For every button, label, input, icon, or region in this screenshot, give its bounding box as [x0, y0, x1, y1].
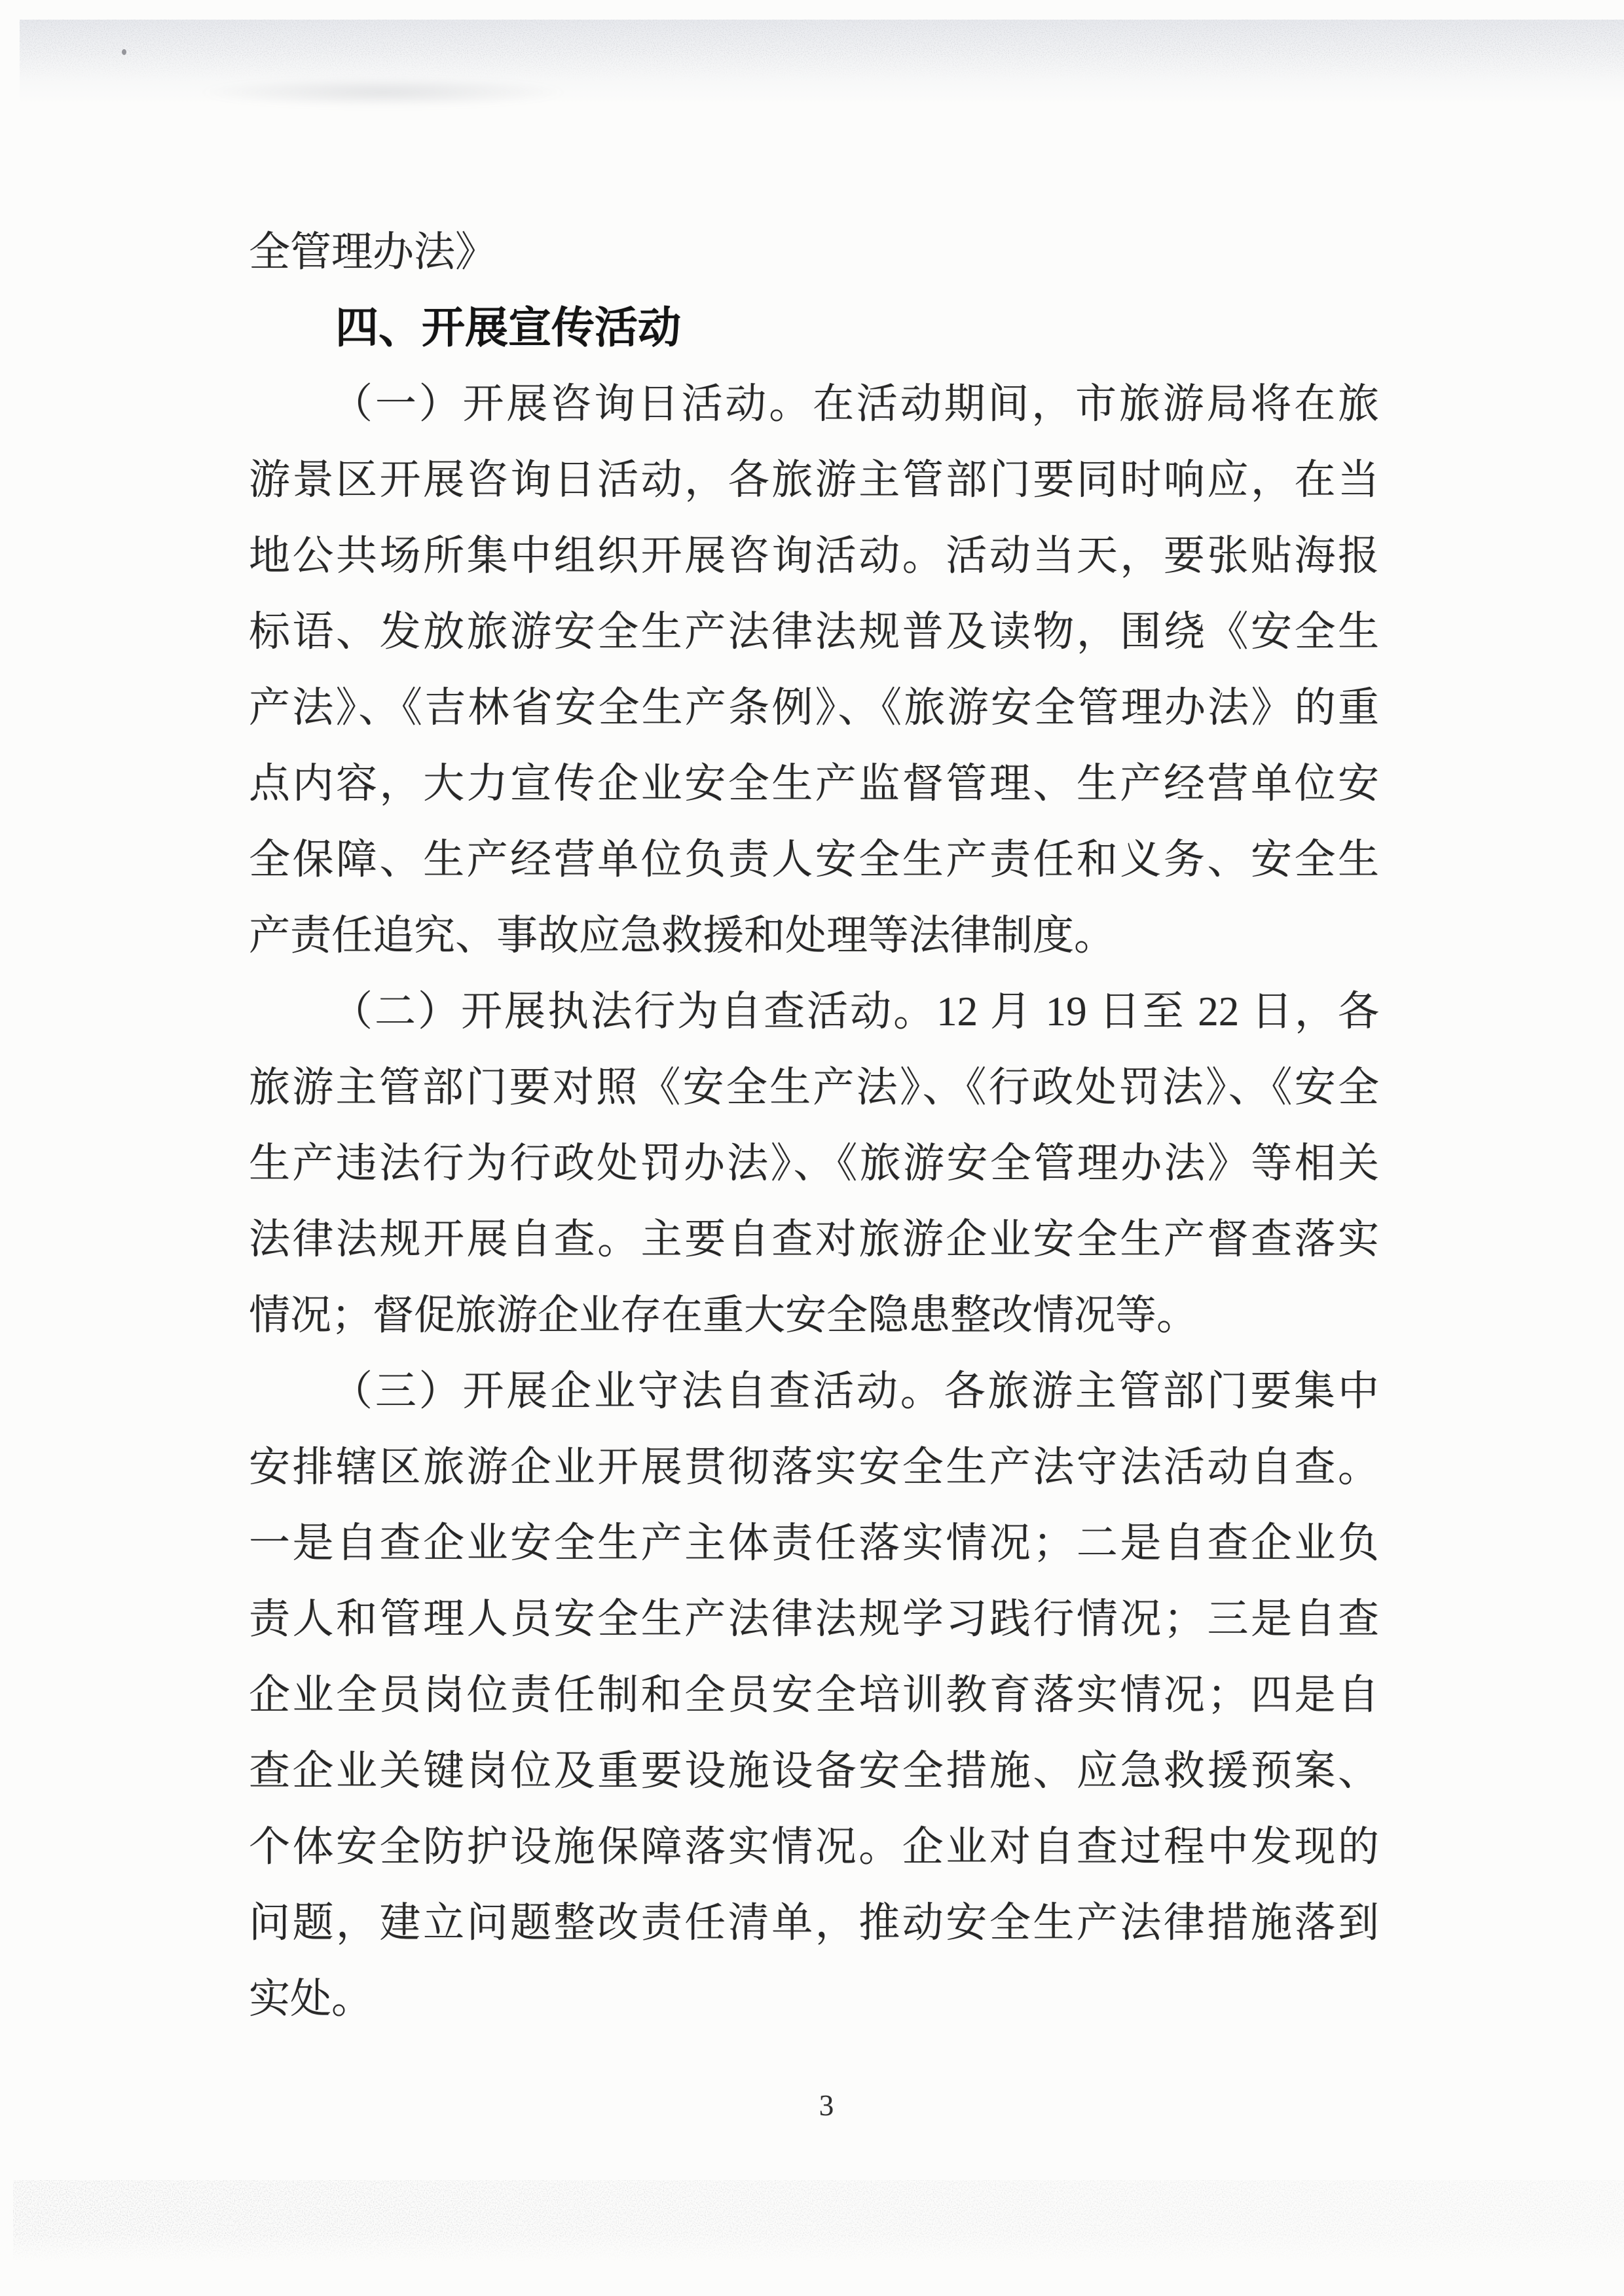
text-line: （一）开展咨询日活动。在活动期间，市旅游局将在旅 [249, 366, 1379, 442]
section-heading: 四、开展宣传活动 [249, 290, 1379, 366]
text-line: 法律法规开展自查。主要自查对旅游企业安全生产督查落实 [249, 1201, 1379, 1277]
scan-speck [122, 49, 126, 55]
text-line: 生产违法行为行政处罚办法》、《旅游安全管理办法》等相关 [249, 1125, 1379, 1201]
document-body: 全管理办法》四、开展宣传活动（一）开展咨询日活动。在活动期间，市旅游局将在旅游景… [249, 214, 1379, 2037]
text-line: 问题，建立问题整改责任清单，推动安全生产法律措施落到 [249, 1885, 1379, 1961]
text-line: 个体安全防护设施保障落实情况。企业对自查过程中发现的 [249, 1809, 1379, 1885]
scan-noise-bottom [13, 2180, 1624, 2262]
scan-shading-top [20, 20, 1624, 105]
text-line: 实处。 [249, 1961, 1379, 2037]
text-line: 标语、发放旅游安全生产法律法规普及读物，围绕《安全生 [249, 594, 1379, 670]
scanned-document-page: 全管理办法》四、开展宣传活动（一）开展咨询日活动。在活动期间，市旅游局将在旅游景… [0, 0, 1624, 2296]
text-line: （三）开展企业守法自查活动。各旅游主管部门要集中 [249, 1353, 1379, 1429]
text-line: 产责任追究、事故应急救援和处理等法律制度。 [249, 898, 1379, 974]
text-line: （二）开展执法行为自查活动。12 月 19 日至 22 日，各 [249, 974, 1379, 1049]
scan-noise-top [20, 20, 1624, 82]
text-line: 全保障、生产经营单位负责人安全生产责任和义务、安全生 [249, 822, 1379, 898]
text-line: 游景区开展咨询日活动，各旅游主管部门要同时响应，在当 [249, 442, 1379, 518]
text-line: 产法》、《吉林省安全生产条例》、《旅游安全管理办法》的重 [249, 670, 1379, 746]
text-line: 全管理办法》 [249, 214, 1379, 290]
text-line: 一是自查企业安全生产主体责任落实情况；二是自查企业负 [249, 1505, 1379, 1581]
text-line: 情况；督促旅游企业存在重大安全隐患整改情况等。 [249, 1277, 1379, 1353]
text-line: 地公共场所集中组织开展咨询活动。活动当天，要张贴海报 [249, 518, 1379, 594]
scan-smudge [196, 77, 570, 107]
text-line: 点内容，大力宣传企业安全生产监督管理、生产经营单位安 [249, 746, 1379, 822]
text-line: 企业全员岗位责任制和全员安全培训教育落实情况；四是自 [249, 1657, 1379, 1733]
text-line: 责人和管理人员安全生产法律法规学习践行情况；三是自查 [249, 1581, 1379, 1657]
text-line: 查企业关键岗位及重要设施设备安全措施、应急救援预案、 [249, 1733, 1379, 1809]
text-line: 旅游主管部门要对照《安全生产法》、《行政处罚法》、《安全 [249, 1049, 1379, 1125]
text-line: 安排辖区旅游企业开展贯彻落实安全生产法守法活动自查。 [249, 1429, 1379, 1505]
page-number: 3 [819, 2088, 834, 2123]
